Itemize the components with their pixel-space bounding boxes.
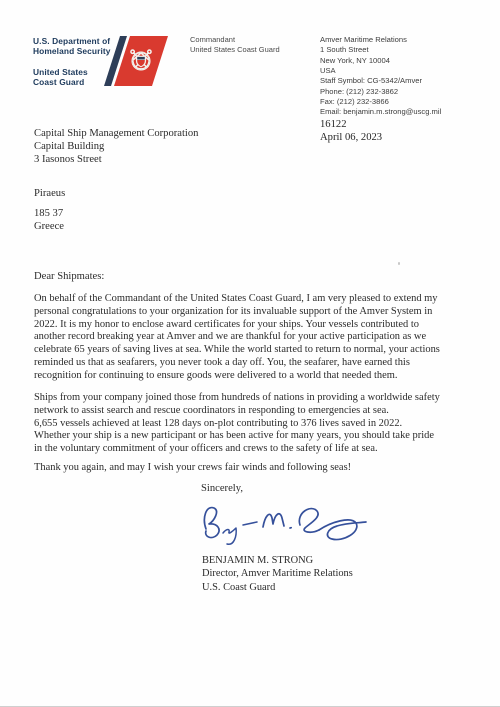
signature-image: [193, 496, 371, 559]
signature-ink-icon: [193, 496, 371, 554]
commandant-line-1: Commandant: [190, 35, 280, 45]
recipient-city: Piraeus: [34, 188, 65, 199]
salutation: Dear Shipmates:: [34, 271, 104, 282]
commandant-line-2: United States Coast Guard: [190, 45, 280, 55]
reference-date-block: 16122 April 06, 2023: [320, 118, 382, 145]
signature-block: BENJAMIN M. STRONG Director, Amver Marit…: [202, 554, 353, 594]
uscg-flag-icon: [100, 34, 170, 88]
recipient-company-block: Capital Ship Management Corporation Capi…: [34, 127, 198, 167]
signer-title: Director, Amver Maritime Relations: [202, 567, 353, 580]
body-paragraph-2: Ships from your company joined those fro…: [34, 392, 486, 456]
body-paragraph-3: Thank you again, and may I wish your cre…: [34, 462, 486, 475]
letter-date: April 06, 2023: [320, 131, 382, 144]
scan-speck: [398, 262, 400, 265]
signer-org: U.S. Coast Guard: [202, 581, 353, 594]
body-paragraph-1: On behalf of the Commandant of the Unite…: [34, 293, 486, 382]
sender-address-block: Amver Maritime Relations 1 South Street …: [320, 35, 441, 118]
signer-name: BENJAMIN M. STRONG: [202, 554, 353, 567]
commandant-block: Commandant United States Coast Guard: [190, 35, 280, 54]
closing-word: Sincerely,: [201, 483, 243, 494]
reference-number: 16122: [320, 118, 382, 131]
scanned-letter-page: U.S. Department of Homeland Security Uni…: [0, 0, 500, 707]
emblem-shield-chief: [137, 57, 145, 60]
recipient-postal-block: 185 37 Greece: [34, 208, 64, 234]
uscg-flag-logo: [100, 34, 170, 93]
